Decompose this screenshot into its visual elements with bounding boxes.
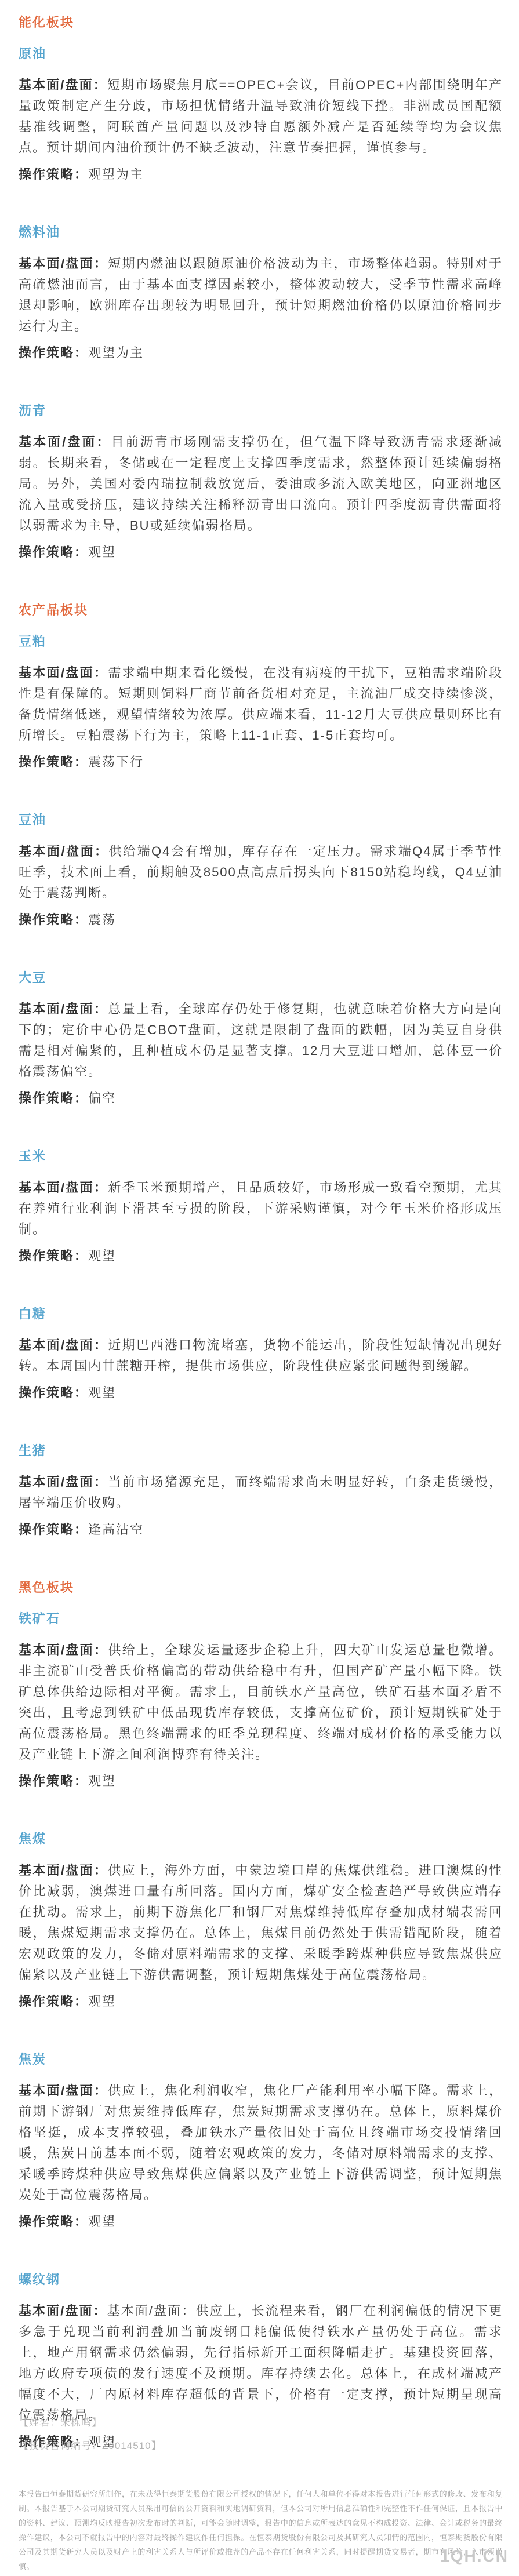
strategy-text: 逢高沽空 <box>88 1522 144 1537</box>
fundamental-paragraph: 基本面/盘面：短期市场聚焦月底==OPEC+会议，目前OPEC+内部围绕明年产量… <box>19 75 503 158</box>
fundamental-paragraph: 基本面/盘面：短期内燃油以跟随原油价格波动为主，市场整体趋弱。特别对于高硫燃油而… <box>19 253 503 337</box>
strategy-text: 观望 <box>88 1994 116 2009</box>
fundamental-paragraph: 基本面/盘面：当前市场猪源充足，而终端需求尚未明显好转，白条走货缓慢，屠宰端压价… <box>19 1472 503 1513</box>
site-watermark: 1QH.CN <box>440 2547 509 2566</box>
advisory-license-number: 【投资咨询编号：Z0014510】 <box>19 2439 503 2453</box>
fundamental-label: 基本面/盘面： <box>19 435 111 449</box>
commodity-title: 大豆 <box>19 970 503 986</box>
fundamental-label: 基本面/盘面： <box>19 1643 108 1657</box>
strategy-text: 观望 <box>88 2214 116 2229</box>
strategy-label: 操作策略： <box>19 545 88 559</box>
commodity-title: 铁矿石 <box>19 1611 503 1627</box>
commodity-crude-oil: 原油 基本面/盘面：短期市场聚焦月底==OPEC+会议，目前OPEC+内部围绕明… <box>19 46 503 183</box>
strategy-label: 操作策略： <box>19 1249 88 1263</box>
strategy-text: 观望 <box>88 1774 116 1788</box>
disclaimer-text: 本报告由恒泰期货研究所制作，在未获得恒泰期货股份有限公司授权的情况下，任何人和单… <box>19 2487 503 2574</box>
commodity-title: 豆粕 <box>19 634 503 650</box>
strategy-text: 观望为主 <box>88 167 144 181</box>
fundamental-label: 基本面/盘面： <box>19 1180 108 1195</box>
fundamental-paragraph: 基本面/盘面：新季玉米预期增产，且品质较好，市场形成一致看空预期，尤其在养殖行业… <box>19 1177 503 1240</box>
fundamental-label: 基本面/盘面： <box>19 2083 108 2098</box>
commodity-title: 玉米 <box>19 1148 503 1165</box>
fundamental-paragraph: 基本面/盘面：基本面/盘面：供应上，长流程来看，钢厂在利润偏低的情况下更多急于兑… <box>19 2301 503 2426</box>
analyst-name: 【姓名：宋栋鸣】 <box>19 2416 503 2430</box>
fundamental-label: 基本面/盘面： <box>19 1002 108 1016</box>
strategy-paragraph: 操作策略：观望 <box>19 544 503 561</box>
commodity-iron-ore: 铁矿石 基本面/盘面：供给上，全球发运量逐步企稳上升，四大矿山发运总量也微增。非… <box>19 1611 503 1789</box>
fundamental-paragraph: 基本面/盘面：供给端Q4会有增加，库存存在一定压力。需求端Q4属于季节性旺季，技… <box>19 841 503 904</box>
fundamental-paragraph: 基本面/盘面：总量上看，全球库存仍处于修复期，也就意味着价格大方向是向下的；定价… <box>19 999 503 1082</box>
commodity-asphalt: 沥青 基本面/盘面：目前沥青市场刚需支撑仍在，但气温下降导致沥青需求逐渐减弱。长… <box>19 403 503 561</box>
strategy-text: 观望为主 <box>88 345 144 360</box>
commodity-title: 螺纹钢 <box>19 2272 503 2288</box>
strategy-text: 震荡 <box>88 912 116 927</box>
commodity-corn: 玉米 基本面/盘面：新季玉米预期增产，且品质较好，市场形成一致看空预期，尤其在养… <box>19 1148 503 1264</box>
strategy-paragraph: 操作策略：观望 <box>19 2214 503 2230</box>
strategy-label: 操作策略： <box>19 345 88 360</box>
strategy-label: 操作策略： <box>19 1774 88 1788</box>
fundamental-paragraph: 基本面/盘面：近期巴西港口物流堵塞，货物不能运出，阶段性短缺情况出现好转。本周国… <box>19 1335 503 1377</box>
board-title-agricultural: 农产品板块 <box>19 602 503 618</box>
fundamental-text: 供给上，全球发运量逐步企稳上升，四大矿山发运总量也微增。非主流矿山受普氏价格偏高… <box>19 1643 503 1762</box>
fundamental-label: 基本面/盘面： <box>19 1863 108 1878</box>
strategy-label: 操作策略： <box>19 1385 88 1400</box>
strategy-paragraph: 操作策略：偏空 <box>19 1090 503 1107</box>
fundamental-label: 基本面/盘面： <box>19 78 107 92</box>
fundamental-paragraph: 基本面/盘面：目前沥青市场刚需支撑仍在，但气温下降导致沥青需求逐渐减弱。长期来看… <box>19 432 503 536</box>
strategy-paragraph: 操作策略：观望为主 <box>19 345 503 361</box>
commodity-coke: 焦炭 基本面/盘面：供应上，焦化利润收窄，焦化厂产能利用率小幅下降。需求上，前期… <box>19 2051 503 2230</box>
fundamental-text: 供应上，焦化利润收窄，焦化厂产能利用率小幅下降。需求上，前期下游钢厂对焦炭维持低… <box>19 2083 503 2202</box>
commodity-title: 豆油 <box>19 812 503 828</box>
strategy-label: 操作策略： <box>19 1994 88 2009</box>
fundamental-label: 基本面/盘面： <box>19 665 108 680</box>
board-ferrous: 黑色板块 铁矿石 基本面/盘面：供给上，全球发运量逐步企稳上升，四大矿山发运总量… <box>19 1580 503 2450</box>
commodity-soybean-oil: 豆油 基本面/盘面：供给端Q4会有增加，库存存在一定压力。需求端Q4属于季节性旺… <box>19 812 503 928</box>
strategy-label: 操作策略： <box>19 912 88 927</box>
fundamental-text: 目前沥青市场刚需支撑仍在，但气温下降导致沥青需求逐渐减弱。长期来看，冬储或在一定… <box>19 435 503 533</box>
strategy-text: 偏空 <box>88 1091 116 1105</box>
commodity-coking-coal: 焦煤 基本面/盘面：供应上，海外方面，中蒙边境口岸的焦煤供维稳。进口澳煤的性价比… <box>19 1831 503 2010</box>
commodity-fuel-oil: 燃料油 基本面/盘面：短期内燃油以跟随原油价格波动为主，市场整体趋弱。特别对于高… <box>19 224 503 361</box>
strategy-text: 观望 <box>88 1249 116 1263</box>
commodity-soybean-meal: 豆粕 基本面/盘面：需求端中期来看化缓慢，在没有病疫的干扰下，豆粕需求端阶段性是… <box>19 634 503 770</box>
report-footer: 【姓名：宋栋鸣】 【投资咨询编号：Z0014510】 本报告由恒泰期货研究所制作… <box>19 2416 503 2574</box>
commodity-title: 焦炭 <box>19 2051 503 2068</box>
commodity-white-sugar: 白糖 基本面/盘面：近期巴西港口物流堵塞，货物不能运出，阶段性短缺情况出现好转。… <box>19 1306 503 1401</box>
strategy-paragraph: 操作策略：观望 <box>19 1385 503 1401</box>
strategy-paragraph: 操作策略：逢高沽空 <box>19 1522 503 1538</box>
fundamental-paragraph: 基本面/盘面：需求端中期来看化缓慢，在没有病疫的干扰下，豆粕需求端阶段性是有保障… <box>19 663 503 746</box>
strategy-label: 操作策略： <box>19 2214 88 2229</box>
strategy-label: 操作策略： <box>19 755 88 769</box>
board-title-ferrous: 黑色板块 <box>19 1580 503 1596</box>
fundamental-label: 基本面/盘面： <box>19 1338 108 1352</box>
strategy-paragraph: 操作策略：震荡 <box>19 912 503 928</box>
commodity-title: 白糖 <box>19 1306 503 1322</box>
strategy-label: 操作策略： <box>19 167 88 181</box>
commodity-title: 燃料油 <box>19 224 503 241</box>
commodity-title: 沥青 <box>19 403 503 419</box>
fundamental-label: 基本面/盘面： <box>19 1475 108 1489</box>
strategy-paragraph: 操作策略：震荡下行 <box>19 754 503 770</box>
fundamental-label: 基本面/盘面： <box>19 2304 107 2318</box>
commodity-title: 焦煤 <box>19 1831 503 1847</box>
strategy-label: 操作策略： <box>19 1522 88 1537</box>
strategy-label: 操作策略： <box>19 1091 88 1105</box>
strategy-text: 震荡下行 <box>88 755 144 769</box>
commodity-soybean: 大豆 基本面/盘面：总量上看，全球库存仍处于修复期，也就意味着价格大方向是向下的… <box>19 970 503 1107</box>
strategy-paragraph: 操作策略：观望 <box>19 1773 503 1789</box>
board-agricultural: 农产品板块 豆粕 基本面/盘面：需求端中期来看化缓慢，在没有病疫的干扰下，豆粕需… <box>19 602 503 1538</box>
board-title-energy-chemical: 能化板块 <box>19 14 503 31</box>
strategy-paragraph: 操作策略：观望 <box>19 1993 503 2010</box>
fundamental-paragraph: 基本面/盘面：供应上，焦化利润收窄，焦化厂产能利用率小幅下降。需求上，前期下游钢… <box>19 2080 503 2206</box>
strategy-paragraph: 操作策略：观望 <box>19 1248 503 1264</box>
commodity-live-hog: 生猪 基本面/盘面：当前市场猪源充足，而终端需求尚未明显好转，白条走货缓慢，屠宰… <box>19 1443 503 1538</box>
fundamental-text: 供应上，海外方面，中蒙边境口岸的焦煤供维稳。进口澳煤的性价比减弱，澳煤进口量有所… <box>19 1863 503 1982</box>
board-energy-chemical: 能化板块 原油 基本面/盘面：短期市场聚焦月底==OPEC+会议，目前OPEC+… <box>19 14 503 561</box>
commodity-title: 生猪 <box>19 1443 503 1459</box>
strategy-text: 观望 <box>88 545 116 559</box>
fundamental-paragraph: 基本面/盘面：供给上，全球发运量逐步企稳上升，四大矿山发运总量也微增。非主流矿山… <box>19 1640 503 1765</box>
fundamental-text: 基本面/盘面：供应上，长流程来看，钢厂在利润偏低的情况下更多急于兑现当前利润叠加… <box>19 2304 503 2422</box>
strategy-paragraph: 操作策略：观望为主 <box>19 166 503 183</box>
fundamental-label: 基本面/盘面： <box>19 844 109 858</box>
futures-daily-report: 能化板块 原油 基本面/盘面：短期市场聚焦月底==OPEC+会议，目前OPEC+… <box>0 0 519 2576</box>
fundamental-label: 基本面/盘面： <box>19 256 108 271</box>
commodity-title: 原油 <box>19 46 503 62</box>
fundamental-paragraph: 基本面/盘面：供应上，海外方面，中蒙边境口岸的焦煤供维稳。进口澳煤的性价比减弱，… <box>19 1860 503 1985</box>
strategy-text: 观望 <box>88 1385 116 1400</box>
